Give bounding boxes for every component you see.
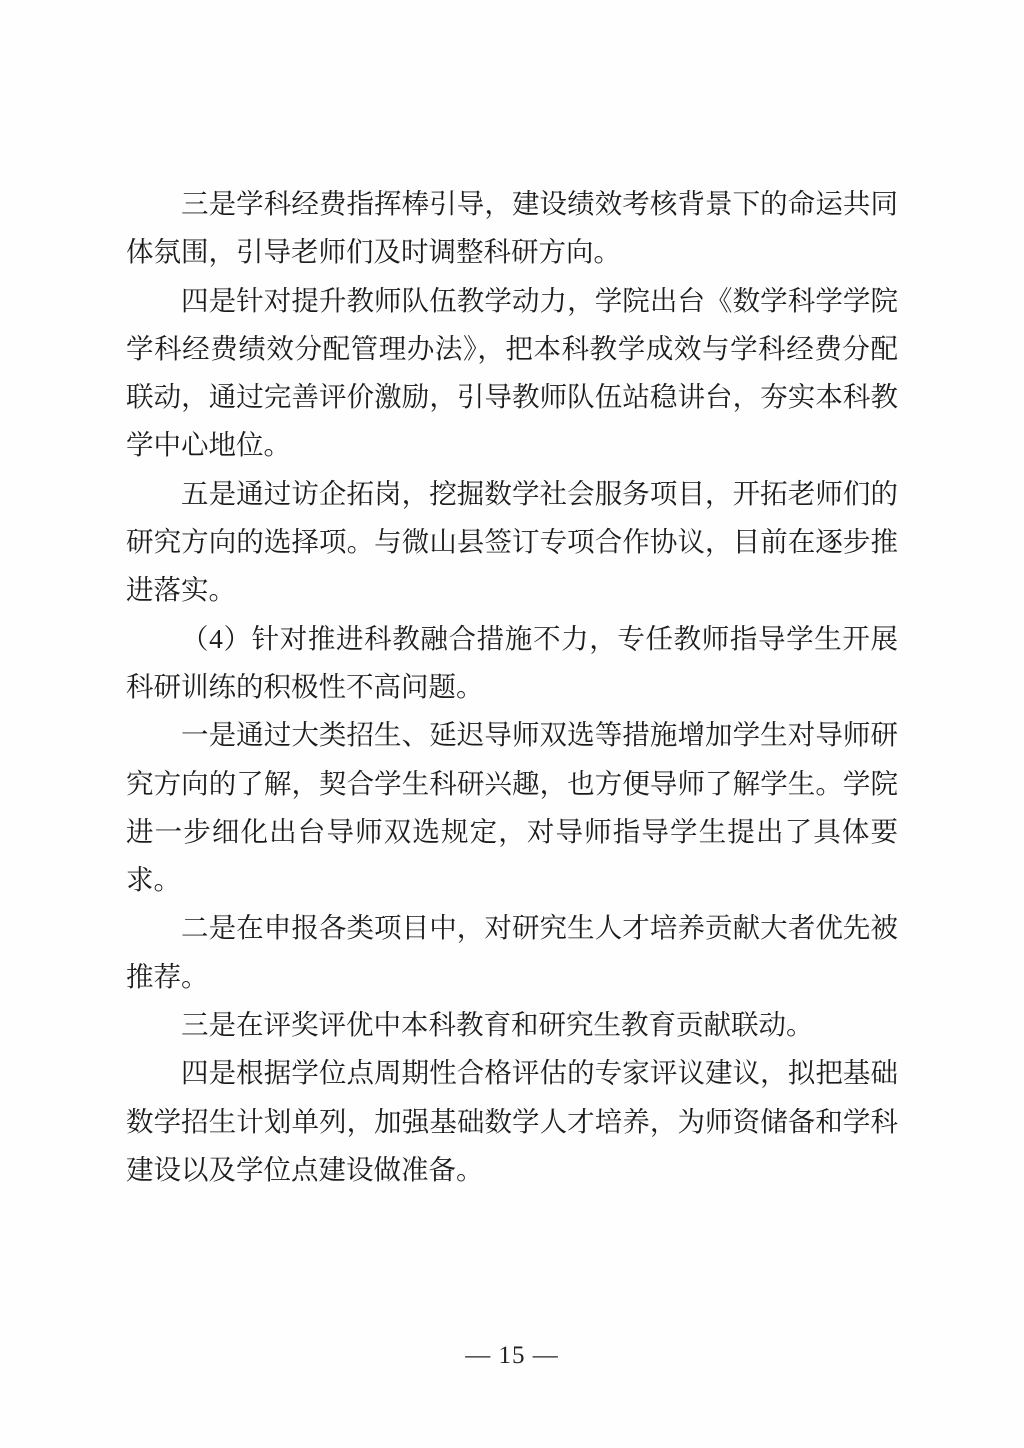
paragraph-2: 四是针对提升教师队伍教学动力，学院出台《数学科学学院学科经费绩效分配管理办法》，… (126, 277, 898, 470)
paragraph-1: 三是学科经费指挥棒引导，建设绩效考核背景下的命运共同体氛围，引导老师们及时调整科… (126, 180, 898, 277)
paragraph-6: 二是在申报各类项目中，对研究生人才培养贡献大者优先被推荐。 (126, 904, 898, 1001)
document-body: 三是学科经费指挥棒引导，建设绩效考核背景下的命运共同体氛围，引导老师们及时调整科… (126, 180, 898, 1194)
page-number: — 15 — (0, 1341, 1024, 1371)
paragraph-4: （4）针对推进科教融合措施不力，专任教师指导学生开展科研训练的积极性不高问题。 (126, 615, 898, 712)
paragraph-8: 四是根据学位点周期性合格评估的专家评议建议，拟把基础数学招生计划单列，加强基础数… (126, 1049, 898, 1194)
document-page: 三是学科经费指挥棒引导，建设绩效考核背景下的命运共同体氛围，引导老师们及时调整科… (0, 0, 1024, 1448)
paragraph-5: 一是通过大类招生、延迟导师双选等措施增加学生对导师研究方向的了解，契合学生科研兴… (126, 711, 898, 904)
paragraph-7: 三是在评奖评优中本科教育和研究生教育贡献联动。 (126, 1001, 898, 1049)
paragraph-3: 五是通过访企拓岗，挖掘数学社会服务项目，开拓老师们的研究方向的选择项。与微山县签… (126, 470, 898, 615)
